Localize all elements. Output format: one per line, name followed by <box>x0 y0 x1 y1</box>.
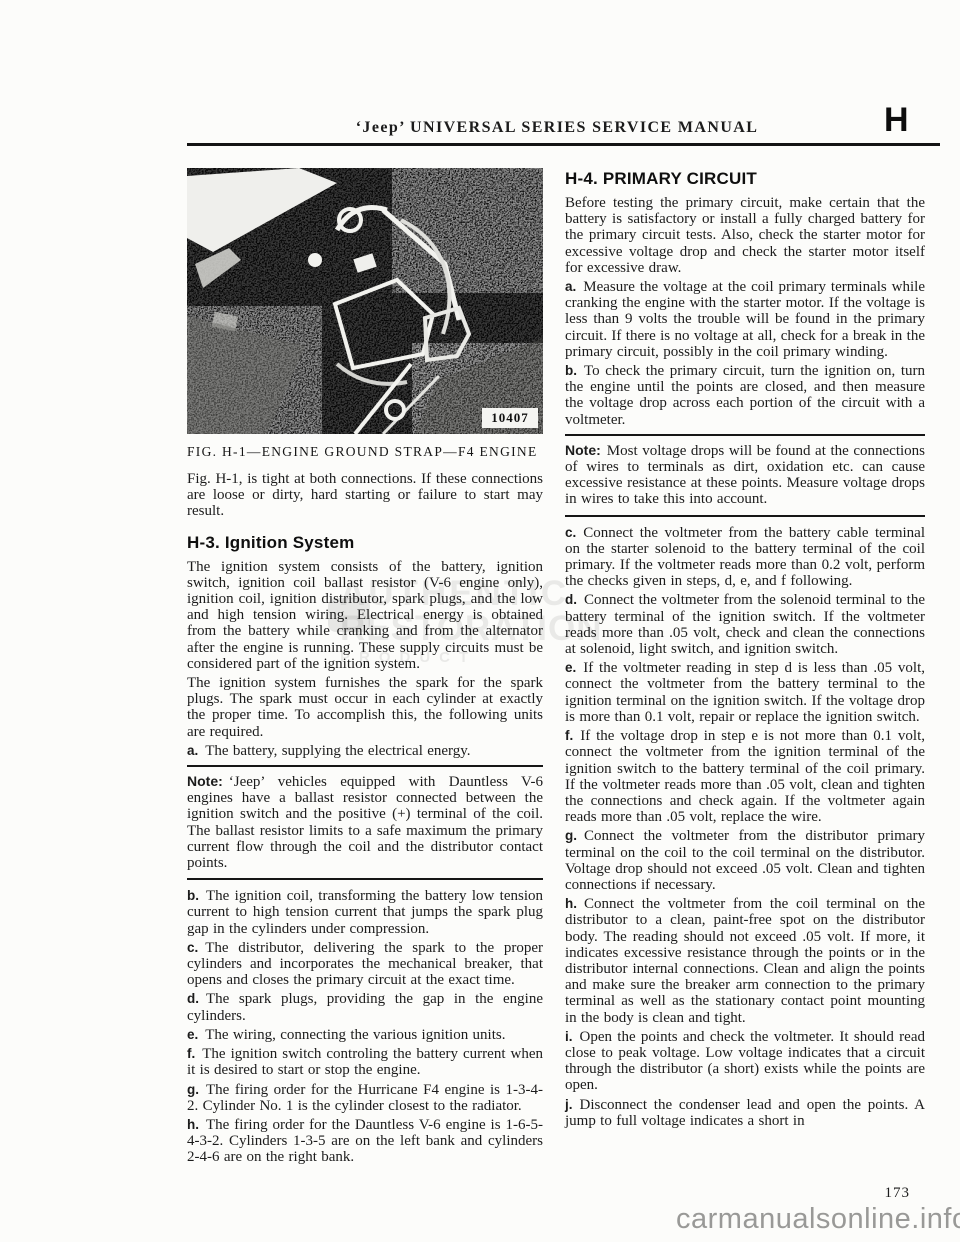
page-number: 173 <box>565 1185 910 1202</box>
step-label: h. <box>187 1117 199 1132</box>
step-label: b. <box>187 888 199 903</box>
step-item-j: j.Disconnect the condenser lead and open… <box>565 1097 925 1129</box>
step-text: The battery, supplying the electrical en… <box>205 743 470 759</box>
step-text: Connect the voltmeter from the distribut… <box>565 828 925 893</box>
step-item-e: e.The wiring, connecting the various ign… <box>187 1027 543 1043</box>
page-header-title: ‘Jeep’ UNIVERSAL SERIES SERVICE MANUAL <box>207 119 907 137</box>
step-text: To check the primary circuit, turn the i… <box>565 363 925 428</box>
step-item-d: d.The spark plugs, providing the gap in … <box>187 991 543 1023</box>
h3-paragraph-1: The ignition system consists of the batt… <box>187 559 543 672</box>
note-label: Note: <box>187 773 223 789</box>
step-label: j. <box>565 1097 573 1112</box>
step-text: The ignition switch controling the batte… <box>187 1046 543 1078</box>
step-label: c. <box>187 940 198 955</box>
step-item-h: h.Connect the voltmeter from the coil te… <box>565 896 925 1026</box>
left-column: 10407 FIG. H-1—ENGINE GROUND STRAP—F4 EN… <box>187 168 543 1169</box>
figure-paragraph: Fig. H-1, is tight at both connections. … <box>187 471 543 520</box>
note-block-left: Note:‘Jeep’ vehicles equipped with Daunt… <box>187 765 543 880</box>
step-item-d: d.Connect the voltmeter from the solenoi… <box>565 592 925 657</box>
step-text: Connect the voltmeter from the battery c… <box>565 525 925 590</box>
step-item-h: h.The firing order for the Dauntless V-6… <box>187 1117 543 1166</box>
step-label: i. <box>565 1029 573 1044</box>
step-text: The firing order for the Dauntless V-6 e… <box>187 1117 543 1165</box>
note-paragraph: Note:Most voltage drops will be found at… <box>565 442 925 508</box>
step-text: Disconnect the condenser lead and open t… <box>565 1097 925 1129</box>
step-text: The wiring, connecting the various ignit… <box>205 1027 505 1043</box>
section-h4-heading: H-4. PRIMARY CIRCUIT <box>565 169 925 189</box>
step-item-b: b.The ignition coil, transforming the ba… <box>187 888 543 937</box>
step-text: The firing order for the Hurricane F4 en… <box>187 1082 543 1114</box>
photo-id-tag: 10407 <box>482 408 538 428</box>
step-item-f: f.The ignition switch controling the bat… <box>187 1046 543 1078</box>
note-text: ‘Jeep’ vehicles equipped with Dauntless … <box>187 774 543 871</box>
step-label: c. <box>565 525 576 540</box>
step-label: a. <box>187 743 198 758</box>
step-text: If the voltmeter reading in step d is le… <box>565 660 925 725</box>
note-label: Note: <box>565 442 601 458</box>
note-paragraph: Note:‘Jeep’ vehicles equipped with Daunt… <box>187 773 543 871</box>
step-item-c: c.Connect the voltmeter from the battery… <box>565 525 925 590</box>
section-h3-heading: H-3. Ignition System <box>187 533 543 553</box>
header-divider <box>187 143 940 146</box>
step-label: f. <box>187 1046 195 1061</box>
step-item-g: g.The firing order for the Hurricane F4 … <box>187 1082 543 1114</box>
step-item-i: i.Open the points and check the voltmete… <box>565 1029 925 1094</box>
step-label: b. <box>565 363 577 378</box>
step-item-a: a.The battery, supplying the electrical … <box>187 743 543 759</box>
h4-intro-paragraph: Before testing the primary circuit, make… <box>565 195 925 276</box>
section-letter: H <box>884 101 909 140</box>
right-column: H-4. PRIMARY CIRCUIT Before testing the … <box>565 168 925 1132</box>
step-label: e. <box>565 660 576 675</box>
engine-photo-graphic <box>187 168 543 434</box>
step-item-c: c.The distributor, delivering the spark … <box>187 940 543 989</box>
site-watermark: carmanualsonline.info <box>676 1203 960 1236</box>
step-label: g. <box>565 828 577 843</box>
step-text: Connect the voltmeter from the solenoid … <box>565 592 925 657</box>
figure-caption: FIG. H-1—ENGINE GROUND STRAP—F4 ENGINE <box>187 444 543 460</box>
step-item-e: e.If the voltmeter reading in step d is … <box>565 660 925 725</box>
step-text: The distributor, delivering the spark to… <box>187 940 543 988</box>
step-label: d. <box>187 991 199 1006</box>
step-item-f: f.If the voltage drop in step e is not m… <box>565 728 925 825</box>
step-text: Measure the voltage at the coil primary … <box>565 279 925 360</box>
step-label: f. <box>565 728 573 743</box>
step-text: Connect the voltmeter from the coil term… <box>565 896 925 1025</box>
step-text: The ignition coil, transforming the batt… <box>187 888 543 936</box>
step-item-b: b.To check the primary circuit, turn the… <box>565 363 925 428</box>
manual-page: ‘Jeep’ UNIVERSAL SERIES SERVICE MANUAL H… <box>0 0 960 1242</box>
step-text: If the voltage drop in step e is not mor… <box>565 728 925 825</box>
step-label: e. <box>187 1027 198 1042</box>
engine-photo: 10407 <box>187 168 543 434</box>
step-item-a: a.Measure the voltage at the coil primar… <box>565 279 925 360</box>
step-text: The spark plugs, providing the gap in th… <box>187 991 543 1023</box>
step-label: a. <box>565 279 576 294</box>
step-item-g: g.Connect the voltmeter from the distrib… <box>565 828 925 893</box>
note-block-right: Note:Most voltage drops will be found at… <box>565 434 925 517</box>
step-label: g. <box>187 1082 199 1097</box>
step-label: h. <box>565 896 577 911</box>
note-text: Most voltage drops will be found at the … <box>565 443 925 508</box>
step-label: d. <box>565 592 577 607</box>
h3-paragraph-2: The ignition system furnishes the spark … <box>187 675 543 740</box>
step-text: Open the points and check the voltmeter.… <box>565 1029 925 1094</box>
